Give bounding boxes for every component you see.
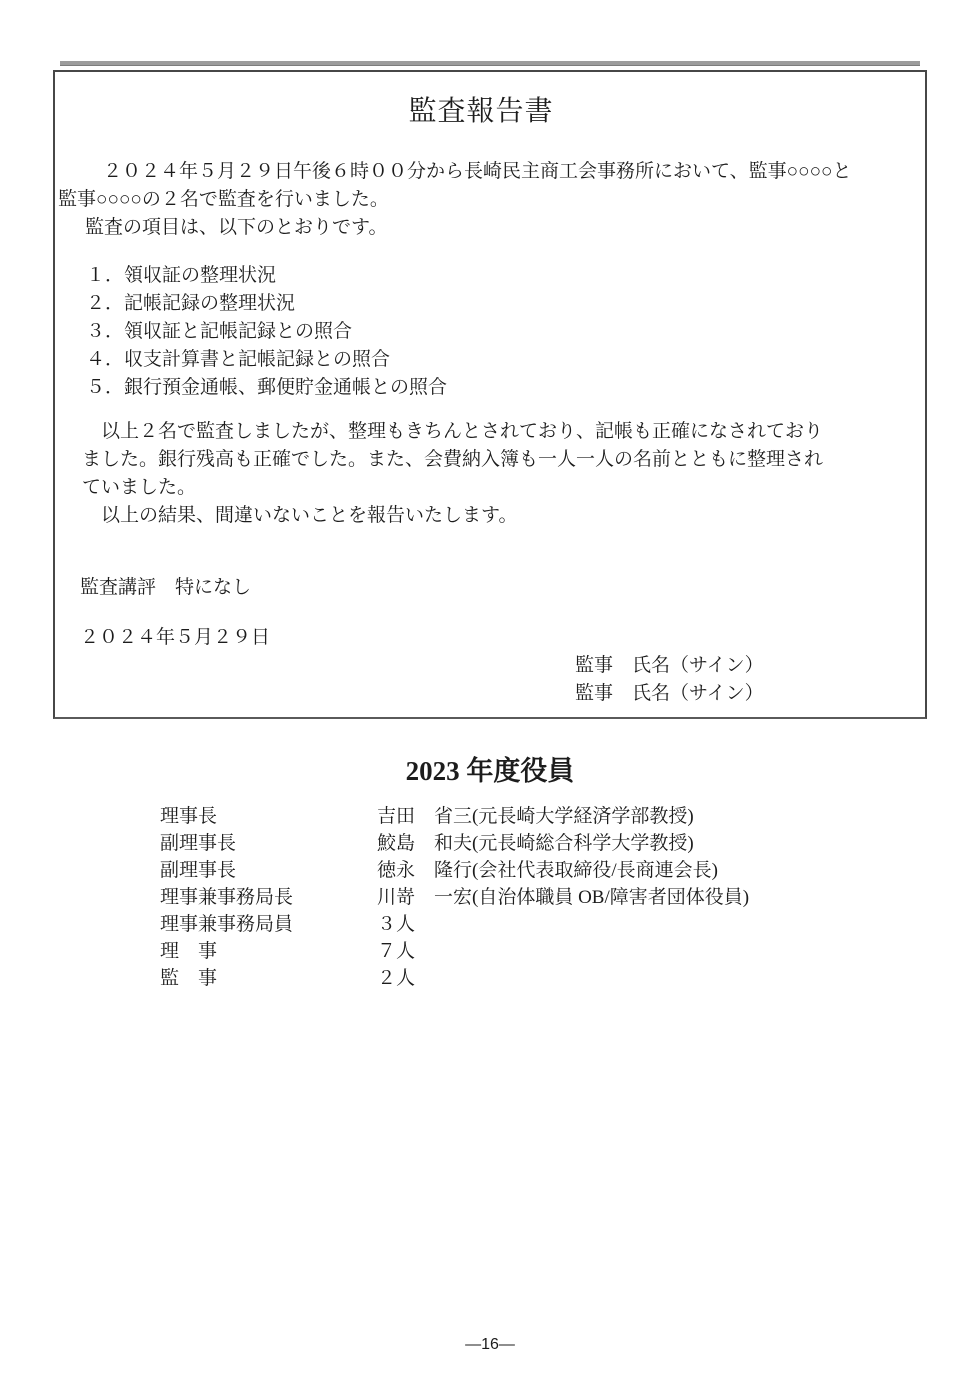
officer-title: 監 事 [160, 965, 375, 992]
officer-row: 理事兼事務局員 ３人 [160, 911, 749, 938]
officer-title: 理事兼事務局員 [160, 911, 375, 938]
header-rule [60, 61, 920, 66]
officers-list: 理事長 吉田 省三(元長崎大学経済学部教授) 副理事長 鮫島 和夫(元長崎総合科… [160, 803, 749, 992]
officer-row: 副理事長 鮫島 和夫(元長崎総合科学大学教授) [160, 830, 749, 857]
officer-title: 理事長 [160, 803, 375, 830]
officer-title: 副理事長 [160, 857, 375, 884]
report-result-line: ました。銀行残高も正確でした。また、会費納入簿も一人一人の名前とともに整理され [55, 446, 907, 474]
officer-value: 鮫島 和夫(元長崎総合科学大学教授) [375, 830, 694, 857]
officer-title: 副理事長 [160, 830, 375, 857]
audit-item: ２．記帳記録の整理状況 [55, 290, 907, 318]
officer-row: 理事長 吉田 省三(元長崎大学経済学部教授) [160, 803, 749, 830]
report-result-line: ていました。 [55, 474, 907, 502]
audit-item: ４．収支計算書と記帳記録との照合 [55, 346, 907, 374]
report-intro-line: ２０２４年５月２９日午後６時００分から長崎民主商工会事務所において、監事○○○○… [55, 158, 907, 186]
auditor-signature-line: 監事 氏名（サイン） [55, 680, 907, 708]
officer-title: 理事兼事務局長 [160, 884, 375, 911]
officer-value: 川嵜 一宏(自治体職員 OB/障害者団体役員) [375, 884, 749, 911]
audit-item: ３．領収証と記帳記録との照合 [55, 318, 907, 346]
officer-value: 吉田 省三(元長崎大学経済学部教授) [375, 803, 694, 830]
report-title: 監査報告書 [55, 92, 907, 132]
audit-item: １．領収証の整理状況 [55, 262, 907, 290]
officer-row: 副理事長 徳永 隆行(会社代表取締役/長商連会長) [160, 857, 749, 884]
report-date: ２０２４年５月２９日 [55, 624, 907, 652]
officer-row: 理事兼事務局長 川嵜 一宏(自治体職員 OB/障害者団体役員) [160, 884, 749, 911]
audit-review-line: 監査講評 特になし [55, 574, 907, 602]
audit-items-list: １．領収証の整理状況 ２．記帳記録の整理状況 ３．領収証と記帳記録との照合 ４．… [55, 262, 907, 402]
audit-result-paragraph: 以上２名で監査しましたが、整理もきちんとされており、記帳も正確になされており ま… [55, 418, 907, 530]
report-result-line: 以上の結果、間違いないことを報告いたします。 [55, 502, 907, 530]
officer-row: 理 事 ７人 [160, 938, 749, 965]
auditor-signature-line: 監事 氏名（サイン） [55, 652, 907, 680]
report-result-line: 以上２名で監査しましたが、整理もきちんとされており、記帳も正確になされており [55, 418, 907, 446]
audit-item: ５．銀行預金通帳、郵便貯金通帳との照合 [55, 374, 907, 402]
officer-row: 監 事 ２人 [160, 965, 749, 992]
report-intro-line: 監事○○○○の２名で監査を行いました。 [55, 186, 907, 214]
document-page: 監査報告書 ２０２４年５月２９日午後６時００分から長崎民主商工会事務所において、… [0, 0, 980, 1386]
page-number: —16— [0, 1334, 980, 1356]
officers-heading: 2023 年度役員 [0, 753, 980, 789]
officer-value: ３人 [375, 911, 415, 938]
officer-value: ７人 [375, 938, 415, 965]
officer-title: 理 事 [160, 938, 375, 965]
officer-value: ２人 [375, 965, 415, 992]
report-intro-line: 監査の項目は、以下のとおりです。 [55, 214, 907, 242]
audit-report-box: 監査報告書 ２０２４年５月２９日午後６時００分から長崎民主商工会事務所において、… [53, 70, 927, 719]
officer-value: 徳永 隆行(会社代表取締役/長商連会長) [375, 857, 718, 884]
